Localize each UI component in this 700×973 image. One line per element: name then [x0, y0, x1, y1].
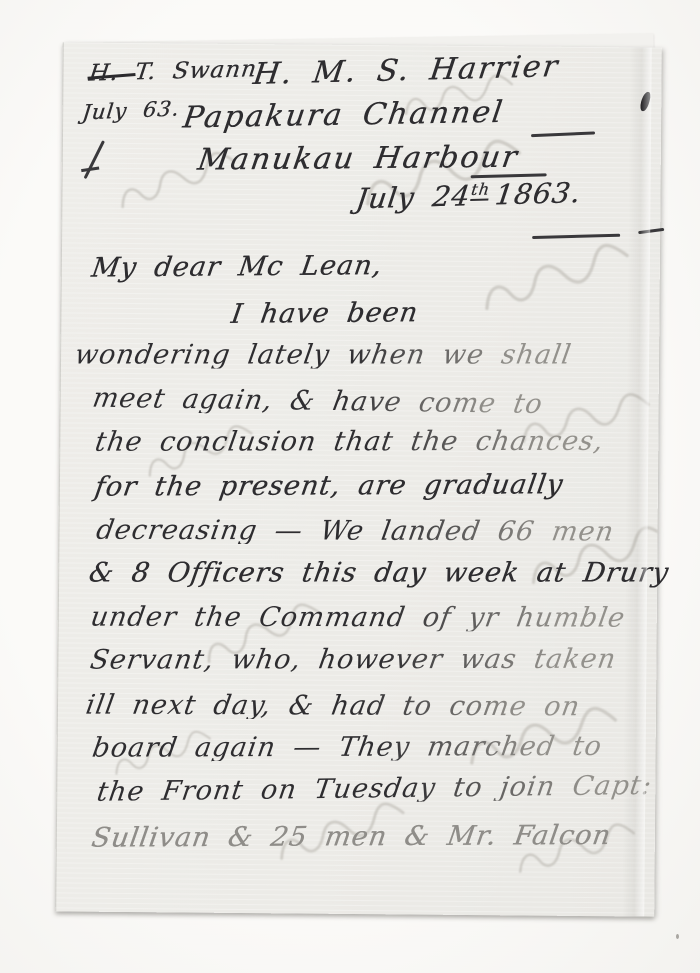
letter-line: the conclusion that the chances,	[93, 428, 606, 456]
letter-line: Servant, who, however was taken	[88, 646, 618, 674]
letter-line: decreasing — We landed 66 men	[94, 517, 616, 546]
letter-line: I have been	[229, 299, 420, 328]
docket-name: H. T. Swann	[87, 58, 258, 85]
letter-line: meet again, & have come to	[91, 385, 545, 418]
letter-line: wondering lately when we shall	[73, 342, 574, 369]
heading-place-line2: Manukau Harbour	[196, 143, 521, 176]
salutation: My dear Mc Lean,	[90, 252, 385, 281]
letter-line: the Front on Tuesday to join Capt:	[95, 772, 654, 806]
letter-line: & 8 Officers this day week at Drury	[87, 560, 671, 587]
letter-line: for the present, are gradually	[93, 471, 565, 500]
docket-date: July 63.	[81, 98, 181, 123]
heading-date: July 24th1863.	[354, 179, 582, 213]
heading-place-line1: Papakura Channel	[181, 98, 506, 134]
scan-background: H. T. Swann July 63. H. M. S. Harrier Pa…	[0, 0, 700, 973]
scan-speck	[676, 934, 679, 939]
date-day: July 24	[354, 179, 473, 215]
letter-line: Sullivan & 25 men & Mr. Falcon	[90, 822, 613, 852]
letter-page: H. T. Swann July 63. H. M. S. Harrier Pa…	[55, 42, 662, 916]
ship-name: H. M. S. Harrier	[251, 52, 561, 90]
date-ordinal: th	[470, 180, 492, 201]
date-year: 1863.	[493, 176, 583, 211]
letter-line: under the Command of yr humble	[89, 604, 628, 632]
letter-line: board again — They marched to	[91, 733, 605, 762]
letter-line: ill next day, & had to come on	[84, 692, 582, 721]
